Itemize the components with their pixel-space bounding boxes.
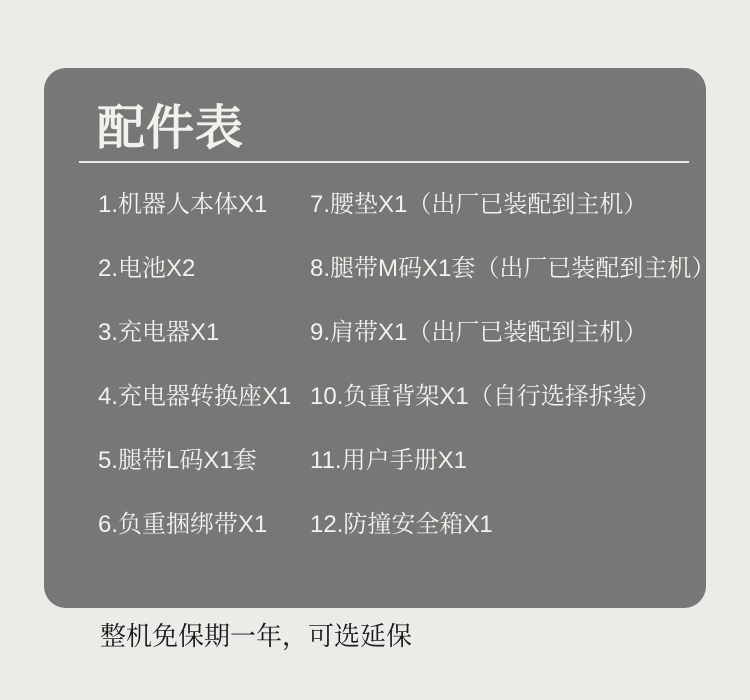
accessory-item: 11.用户手册X1	[310, 448, 698, 474]
accessory-item: 2.电池X2	[98, 256, 310, 282]
page-background: 配件表 1.机器人本体X1 7.腰垫X1（出厂已装配到主机） 2.电池X2 8.…	[0, 0, 750, 700]
accessory-item: 7.腰垫X1（出厂已装配到主机）	[310, 192, 698, 218]
accessory-item: 1.机器人本体X1	[98, 192, 310, 218]
accessory-item: 5.腿带L码X1套	[98, 448, 310, 474]
warranty-note: 整机免保期一年，可选延保	[100, 621, 412, 651]
accessory-item: 8.腿带M码X1套（出厂已装配到主机）	[310, 256, 715, 282]
accessory-item: 12.防撞安全箱X1	[310, 512, 698, 538]
card-title: 配件表	[97, 104, 244, 154]
accessory-row: 1.机器人本体X1 7.腰垫X1（出厂已装配到主机）	[98, 192, 698, 256]
accessory-row: 6.负重捆绑带X1 12.防撞安全箱X1	[98, 512, 698, 576]
accessory-item: 10.负重背架X1（自行选择拆装）	[310, 384, 698, 410]
title-divider	[79, 161, 689, 163]
accessory-item: 9.肩带X1（出厂已装配到主机）	[310, 320, 698, 346]
accessory-row: 2.电池X2 8.腿带M码X1套（出厂已装配到主机）	[98, 256, 698, 320]
accessories-list: 1.机器人本体X1 7.腰垫X1（出厂已装配到主机） 2.电池X2 8.腿带M码…	[98, 192, 698, 576]
accessory-row: 3.充电器X1 9.肩带X1（出厂已装配到主机）	[98, 320, 698, 384]
accessory-row: 4.充电器转换座X1 10.负重背架X1（自行选择拆装）	[98, 384, 698, 448]
accessory-row: 5.腿带L码X1套 11.用户手册X1	[98, 448, 698, 512]
accessory-item: 3.充电器X1	[98, 320, 310, 346]
accessory-item: 4.充电器转换座X1	[98, 384, 310, 410]
accessories-card: 配件表 1.机器人本体X1 7.腰垫X1（出厂已装配到主机） 2.电池X2 8.…	[44, 68, 706, 608]
accessory-item: 6.负重捆绑带X1	[98, 512, 310, 538]
